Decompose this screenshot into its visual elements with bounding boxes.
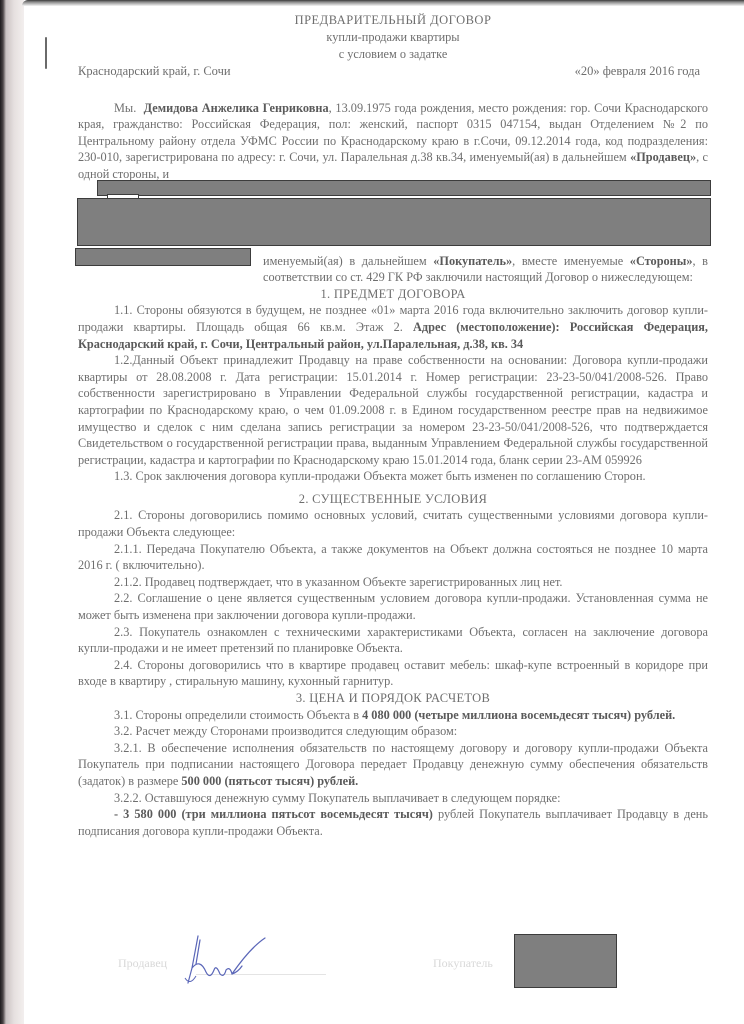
redaction-box-2 bbox=[77, 198, 711, 246]
clause-3-2: 3.2. Расчет между Сторонами производится… bbox=[78, 723, 708, 740]
document-subtitle-2: с условием о задатке bbox=[78, 46, 708, 63]
scan-top-edge bbox=[22, 0, 744, 6]
section-3-title: 3. ЦЕНА И ПОРЯДОК РАСЧЕТОВ bbox=[78, 690, 708, 707]
redaction-box-buyer-signature bbox=[514, 934, 617, 988]
contract-page: ПРЕДВАРИТЕЛЬНЫЙ ДОГОВОР купли-продажи кв… bbox=[78, 12, 708, 839]
preamble-seller: Мы. Демидова Анжелика Генриковна, 13.09.… bbox=[78, 100, 708, 183]
document-title: ПРЕДВАРИТЕЛЬНЫЙ ДОГОВОР bbox=[78, 12, 708, 29]
document-header: ПРЕДВАРИТЕЛЬНЫЙ ДОГОВОР купли-продажи кв… bbox=[78, 12, 708, 63]
date: «20» февраля 2016 года bbox=[575, 63, 700, 80]
clause-3-1: 3.1. Стороны определили стоимость Объект… bbox=[78, 707, 708, 724]
clause-2-1: 2.1. Стороны договорились помимо основны… bbox=[78, 507, 708, 540]
clause-2-4: 2.4. Стороны договорились что в квартире… bbox=[78, 657, 708, 690]
redaction-box-1 bbox=[97, 180, 711, 196]
redaction-box-3 bbox=[75, 248, 251, 266]
seller-signature-label: Продавец bbox=[118, 956, 167, 971]
staple-mark bbox=[45, 37, 47, 69]
clause-3-2-1: 3.2.1. В обеспечение исполнения обязател… bbox=[78, 740, 708, 790]
clause-2-3: 2.3. Покупатель ознакомлен с техническим… bbox=[78, 624, 708, 657]
buyer-signature-label: Покупатель bbox=[433, 956, 493, 971]
clause-3-2-2-payment: - 3 580 000 (три миллиона пятьсот восемь… bbox=[78, 806, 708, 839]
section-1-title: 1. ПРЕДМЕТ ДОГОВОРА bbox=[78, 286, 708, 303]
document-subtitle-1: купли-продажи квартиры bbox=[78, 29, 708, 46]
clause-1-1: 1.1. Стороны обязуются в будущем, не поз… bbox=[78, 302, 708, 352]
clause-2-1-1: 2.1.1. Передача Покупателю Объекта, а та… bbox=[78, 541, 708, 574]
seller-role: «Продавец» bbox=[630, 150, 696, 164]
clause-2-2: 2.2. Соглашение о цене является существе… bbox=[78, 590, 708, 623]
clause-1-3: 1.3. Срок заключения договора купли-прод… bbox=[78, 468, 708, 485]
clause-3-2-2: 3.2.2. Оставшуюся денежную сумму Покупат… bbox=[78, 790, 708, 807]
place: Краснодарский край, г. Сочи bbox=[78, 63, 231, 80]
place-date-row: Краснодарский край, г. Сочи «20» февраля… bbox=[78, 63, 708, 80]
clause-2-1-2: 2.1.2. Продавец подтверждает, что в указ… bbox=[78, 574, 708, 591]
seller-name: Демидова Анжелика Генриковна bbox=[144, 101, 329, 115]
seller-signature-icon bbox=[170, 928, 270, 988]
clause-1-2: 1.2.Данный Объект принадлежит Продавцу н… bbox=[78, 352, 708, 468]
scan-left-edge bbox=[0, 0, 24, 1024]
section-2-title: 2. СУЩЕСТВЕННЫЕ УСЛОВИЯ bbox=[78, 491, 708, 508]
